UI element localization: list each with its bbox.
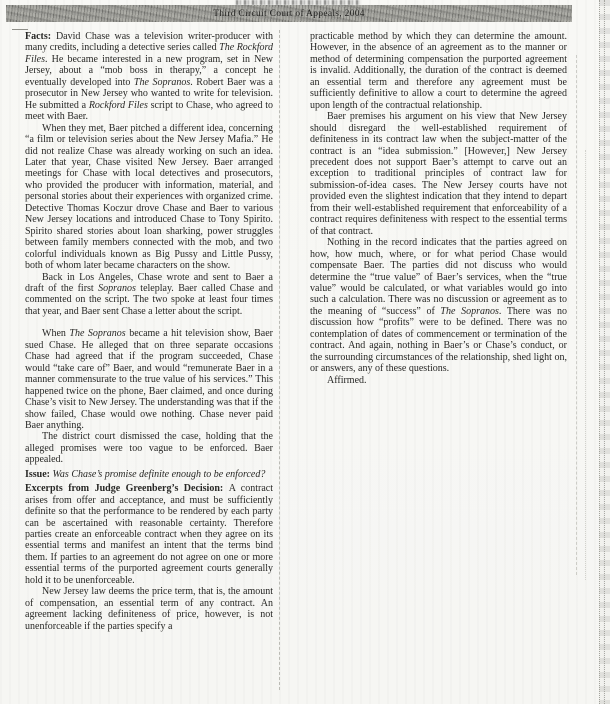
text-run: The Sopranos — [69, 328, 125, 339]
right-column: practicable method by which they can det… — [310, 31, 567, 386]
text-run: Facts: — [25, 31, 56, 42]
paragraph: Facts: David Chase was a television writ… — [25, 31, 273, 123]
text-run: Sopranos — [98, 283, 136, 294]
text-run: The Sopranos — [440, 306, 498, 317]
paragraph: Back in Los Angeles, Chase wrote and sen… — [25, 272, 273, 318]
text-run: Was Chase’s promise definite enough to b… — [53, 469, 266, 480]
text-run: practicable method by which they can det… — [310, 31, 567, 111]
paragraph: Nothing in the record indicates that the… — [310, 237, 567, 374]
paragraph: practicable method by which they can det… — [310, 31, 567, 111]
text-run: A contract arises from offer and accepta… — [25, 483, 273, 586]
text-run: Issue: — [25, 469, 53, 480]
text-run: Excerpts from Judge Greenberg’s Decision… — [25, 483, 229, 494]
column-divider-line — [279, 30, 280, 690]
scan-edge-line — [576, 55, 577, 575]
text-run: Rockford Files — [89, 100, 148, 111]
page-edge-band — [599, 0, 610, 704]
scan-mark-dash — [12, 29, 28, 30]
paragraph: When they met, Baer pitched a different … — [25, 123, 273, 272]
court-header-banner: Third Circuit Court of Appeals, 2004 — [6, 5, 572, 22]
court-header-text: Third Circuit Court of Appeals, 2004 — [213, 9, 365, 19]
paragraph: New Jersey law deems the price term, tha… — [25, 586, 273, 632]
text-run: The district court dismissed the case, h… — [25, 431, 273, 465]
paragraph: Baer premises his argument on his view t… — [310, 111, 567, 237]
paragraph: The district court dismissed the case, h… — [25, 431, 273, 465]
scanned-case-page: Third Circuit Court of Appeals, 2004 Fac… — [0, 0, 610, 704]
paragraph: Affirmed. — [310, 375, 567, 386]
scan-edge-line — [585, 150, 586, 580]
text-run: Affirmed. — [327, 375, 367, 386]
paragraph: Issue: Was Chase’s promise definite enou… — [25, 469, 273, 480]
text-run: Baer premises his argument on his view t… — [310, 111, 567, 237]
text-run: New Jersey law deems the price term, tha… — [25, 586, 273, 631]
paragraph: Excerpts from Judge Greenberg’s Decision… — [25, 483, 273, 586]
text-run: The Sopranos — [134, 77, 190, 88]
paragraph: When The Sopranos became a hit televisio… — [25, 328, 273, 431]
left-column: Facts: David Chase was a television writ… — [25, 31, 273, 632]
text-run: became a hit television show, Baer sued … — [25, 328, 273, 431]
page-edge-line — [604, 0, 605, 704]
text-run: When they met, Baer pitched a different … — [25, 123, 273, 271]
text-run: When — [42, 328, 69, 339]
